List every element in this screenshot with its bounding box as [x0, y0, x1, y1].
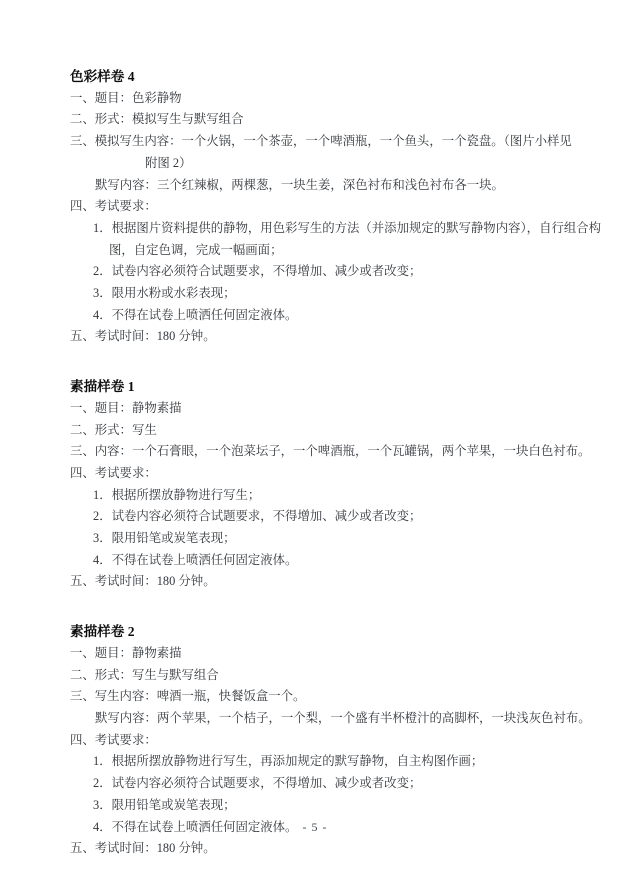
doc-line: 一、题目：静物素描	[70, 643, 570, 665]
line-text: 考试时间：180 分钟。	[95, 329, 216, 343]
doc-line: 1．根据图片资料提供的静物，用色彩写生的方法（并添加规定的默写静物内容），自行组…	[70, 218, 570, 240]
line-label: 三、	[70, 444, 95, 458]
line-label: 1．	[93, 754, 112, 768]
line-text: 考试要求：	[95, 466, 157, 480]
doc-line: 2．试卷内容必须符合试题要求，不得增加、减少或者改变；	[70, 773, 570, 795]
doc-line: 三、内容：一个石膏眼，一个泡菜坛子，一个啤酒瓶，一个瓦罐锅，两个苹果，一块白色衬…	[70, 441, 570, 463]
line-text: 题目：静物素描	[95, 646, 182, 660]
line-text: 试卷内容必须符合试题要求，不得增加、减少或者改变；	[112, 776, 422, 790]
doc-line: 1．根据所摆放静物进行写生，再添加规定的默写静物，自主构图作画；	[70, 751, 570, 773]
doc-line: 五、考试时间：180 分钟。	[70, 838, 570, 860]
line-text: 考试要求：	[95, 733, 157, 747]
line-label: 4．	[93, 553, 112, 567]
doc-line: 一、题目：色彩静物	[70, 88, 570, 110]
doc-line: 默写内容：两个苹果，一个桔子，一个梨，一个盛有半杯橙汁的高脚杯，一块浅灰色衬布。	[70, 708, 570, 730]
line-label: 4．	[93, 308, 112, 322]
page-number: - 5 -	[0, 818, 630, 836]
line-label: 二、	[70, 668, 95, 682]
line-label: 2．	[93, 264, 112, 278]
line-text: 不得在试卷上喷洒任何固定液体。	[112, 308, 298, 322]
line-text: 模拟写生内容：一个火锅，一个茶壶，一个啤酒瓶，一个鱼头，一个瓷盘。（图片小样见	[95, 134, 572, 148]
line-text: 试卷内容必须符合试题要求，不得增加、减少或者改变；	[112, 509, 422, 523]
doc-line: 2．试卷内容必须符合试题要求，不得增加、减少或者改变；	[70, 506, 570, 528]
line-text: 写生内容：啤酒一瓶，快餐饭盒一个。	[95, 689, 306, 703]
line-text: 形式：写生与默写组合	[95, 668, 219, 682]
doc-line: 图，自定色调，完成一幅画面；	[70, 240, 570, 262]
line-text: 题目：色彩静物	[95, 91, 182, 105]
line-text: 考试时间：180 分钟。	[95, 841, 216, 855]
line-label: 3．	[93, 531, 112, 545]
doc-line: 4．不得在试卷上喷洒任何固定液体。	[70, 305, 570, 327]
line-text: 根据所摆放静物进行写生，再添加规定的默写静物，自主构图作画；	[112, 754, 484, 768]
line-label: 1．	[93, 221, 112, 235]
section-title: 素描样卷 2	[70, 621, 570, 643]
doc-line: 二、形式：写生	[70, 420, 570, 442]
doc-line: 二、形式：写生与默写组合	[70, 665, 570, 687]
doc-line: 4．不得在试卷上喷洒任何固定液体。	[70, 550, 570, 572]
line-label: 2．	[93, 509, 112, 523]
line-label: 四、	[70, 466, 95, 480]
line-text: 考试时间：180 分钟。	[95, 574, 216, 588]
doc-line: 3．限用水粉或水彩表现；	[70, 283, 570, 305]
line-text: 根据图片资料提供的静物，用色彩写生的方法（并添加规定的默写静物内容），自行组合构	[112, 221, 601, 235]
doc-line: 三、写生内容：啤酒一瓶，快餐饭盒一个。	[70, 686, 570, 708]
line-label: 3．	[93, 798, 112, 812]
line-label: 二、	[70, 423, 95, 437]
line-label: 3．	[93, 286, 112, 300]
line-label: 三、	[70, 689, 95, 703]
line-text: 试卷内容必须符合试题要求，不得增加、减少或者改变；	[112, 264, 422, 278]
section-title: 色彩样卷 4	[70, 66, 570, 88]
line-text: 形式：模拟写生与默写组合	[95, 112, 244, 126]
line-text: 不得在试卷上喷洒任何固定液体。	[112, 553, 298, 567]
doc-line: 3．限用铅笔或炭笔表现；	[70, 528, 570, 550]
line-label: 五、	[70, 841, 95, 855]
line-text: 内容：一个石膏眼，一个泡菜坛子，一个啤酒瓶，一个瓦罐锅，两个苹果，一块白色衬布。	[95, 444, 591, 458]
line-text: 限用铅笔或炭笔表现；	[112, 798, 236, 812]
doc-line: 四、考试要求：	[70, 196, 570, 218]
line-label: 四、	[70, 199, 95, 213]
doc-line: 默写内容：三个红辣椒，两棵葱，一块生姜，深色衬布和浅色衬布各一块。	[70, 175, 570, 197]
line-text: 限用水粉或水彩表现；	[112, 286, 236, 300]
line-label: 一、	[70, 646, 95, 660]
document-body: 色彩样卷 4一、题目：色彩静物二、形式：模拟写生与默写组合三、模拟写生内容：一个…	[70, 66, 570, 860]
line-text: 形式：写生	[95, 423, 157, 437]
exam-section-2: 素描样卷 1一、题目：静物素描二、形式：写生三、内容：一个石膏眼，一个泡菜坛子，…	[70, 376, 570, 593]
doc-line: 附图 2）	[70, 153, 570, 175]
line-label: 四、	[70, 733, 95, 747]
doc-line: 四、考试要求：	[70, 730, 570, 752]
line-label: 1．	[93, 488, 112, 502]
exam-section-1: 色彩样卷 4一、题目：色彩静物二、形式：模拟写生与默写组合三、模拟写生内容：一个…	[70, 66, 570, 348]
doc-line: 3．限用铅笔或炭笔表现；	[70, 795, 570, 817]
doc-line: 2．试卷内容必须符合试题要求，不得增加、减少或者改变；	[70, 261, 570, 283]
line-label: 二、	[70, 112, 95, 126]
line-label: 2．	[93, 776, 112, 790]
doc-line: 1．根据所摆放静物进行写生；	[70, 485, 570, 507]
line-label: 五、	[70, 329, 95, 343]
line-label: 三、	[70, 134, 95, 148]
line-text: 根据所摆放静物进行写生；	[112, 488, 261, 502]
doc-line: 四、考试要求：	[70, 463, 570, 485]
line-text: 题目：静物素描	[95, 401, 182, 415]
line-label: 一、	[70, 91, 95, 105]
line-label: 五、	[70, 574, 95, 588]
doc-line: 一、题目：静物素描	[70, 398, 570, 420]
document-page: 色彩样卷 4一、题目：色彩静物二、形式：模拟写生与默写组合三、模拟写生内容：一个…	[0, 0, 630, 869]
doc-line: 二、形式：模拟写生与默写组合	[70, 109, 570, 131]
section-title: 素描样卷 1	[70, 376, 570, 398]
line-text: 考试要求：	[95, 199, 157, 213]
line-text: 限用铅笔或炭笔表现；	[112, 531, 236, 545]
doc-line: 五、考试时间：180 分钟。	[70, 571, 570, 593]
doc-line: 三、模拟写生内容：一个火锅，一个茶壶，一个啤酒瓶，一个鱼头，一个瓷盘。（图片小样…	[70, 131, 570, 153]
doc-line: 五、考试时间：180 分钟。	[70, 326, 570, 348]
line-label: 一、	[70, 401, 95, 415]
